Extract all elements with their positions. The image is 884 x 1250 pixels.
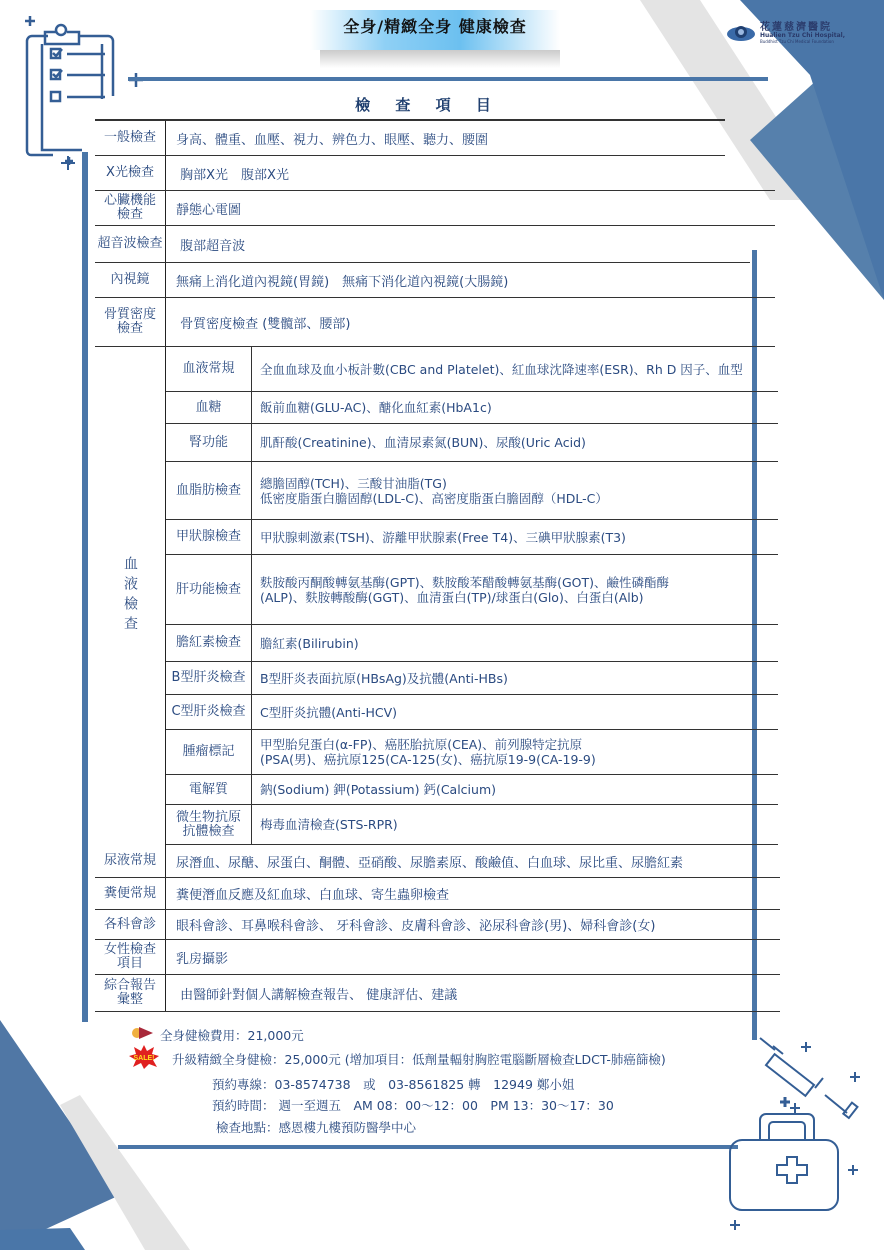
item-value: 骨質密度檢查 (雙髖部、腰部) [166,298,350,346]
sub-category-label: 甲狀腺檢查 [166,520,252,554]
hours-text: 預約時間： 週一至週五 AM 08：00～12：00 PM 13：30～17：3… [212,1096,614,1114]
sub-item-value: 膽紅素(Bilirubin) [252,625,359,661]
sub-category-label: 腫瘤標記 [166,730,252,774]
item-value: 無痛上消化道內視鏡(胃鏡) 無痛下消化道內視鏡(大腸鏡) [166,263,508,297]
blood-test-row: 電解質鈉(Sodium) 鉀(Potassium) 鈣(Calcium) [166,775,778,805]
medical-kit-icon [725,1095,865,1245]
lotus-logo-icon [726,22,756,44]
table-row: 骨質密度 檢查 骨質密度檢查 (雙髖部、腰部) [95,298,775,347]
category-label: X光檢查 [95,156,166,190]
sub-item-value: 肌酐酸(Creatinine)、血清尿素氮(BUN)、尿酸(Uric Acid) [252,424,586,461]
sale-badge-icon: SALE! [129,1045,159,1069]
category-label: 超音波檢查 [95,226,166,262]
item-value: 靜態心電圖 [166,191,241,225]
blood-test-row: 血糖飯前血糖(GLU-AC)、醣化血紅素(HbA1c) [166,392,778,424]
phone-text: 預約專線：03-8574738 或 03-8561825 轉 12949 鄭小姐 [212,1075,574,1093]
blood-test-category: 血液檢查 [95,347,166,845]
table-row: 內視鏡無痛上消化道內視鏡(胃鏡) 無痛下消化道內視鏡(大腸鏡) [95,263,775,298]
blood-test-row: 腎功能肌酐酸(Creatinine)、血清尿素氮(BUN)、尿酸(Uric Ac… [166,424,778,462]
arrow-bullet-icon [131,1026,155,1040]
item-value: 胸部X光 腹部X光 [166,156,289,190]
frame-top-line [128,77,768,81]
fee-text: 全身健檢費用：21,000元 [160,1026,304,1044]
table-row: 一般檢查身高、體重、血壓、視力、辨色力、眼壓、聽力、腰圍 [95,121,725,156]
blood-test-row: C型肝炎檢查C型肝炎抗體(Anti-HCV) [166,695,778,730]
table-row: 綜合報告 彙整 由醫師針對個人講解檢查報告、 健康評估、建議 [95,975,780,1012]
sub-item-value: B型肝炎表面抗原(HBsAg)及抗體(Anti-HBs) [252,662,508,694]
sub-item-value: 鈉(Sodium) 鉀(Potassium) 鈣(Calcium) [252,775,496,804]
sub-category-label: B型肝炎檢查 [166,662,252,694]
svg-text:SALE!: SALE! [134,1055,155,1062]
table-row: 超音波檢查 腹部超音波 [95,226,750,263]
table-heading: 檢 查 項 目 [128,94,728,115]
blood-test-row: 腫瘤標記甲型胎兒蛋白(α-FP)、癌胚胎抗原(CEA)、前列腺特定抗原 (PSA… [166,730,778,775]
blood-test-row: 肝功能檢查麩胺酸丙酮酸轉氨基酶(GPT)、麩胺酸苯醋酸轉氨基酶(GOT)、鹼性磷… [166,555,778,625]
sub-category-label: 膽紅素檢查 [166,625,252,661]
blood-test-row: 甲狀腺檢查甲狀腺刺激素(TSH)、游離甲狀腺素(Free T4)、三碘甲狀腺素(… [166,520,778,555]
item-value: 糞便潛血反應及紅血球、白血球、寄生蟲卵檢查 [166,878,449,909]
table-row: X光檢查 胸部X光 腹部X光 [95,156,775,191]
category-label: 女性檢查 項目 [95,940,166,974]
table-row: 心臟機能 檢查靜態心電圖 [95,191,775,226]
sub-category-label: C型肝炎檢查 [166,695,252,729]
sub-category-label: 電解質 [166,775,252,804]
title-shadow [320,50,560,68]
sub-item-value: 麩胺酸丙酮酸轉氨基酶(GPT)、麩胺酸苯醋酸轉氨基酶(GOT)、鹼性磷酯酶 (A… [252,555,669,624]
frame-bottom-line [118,1145,738,1149]
category-label: 綜合報告 彙整 [95,975,166,1011]
sub-item-value: 梅毒血清檢查(STS-RPR) [252,805,398,844]
sub-category-label: 血糖 [166,392,252,423]
category-label: 尿液常規 [95,845,166,877]
location-text: 檢查地點：感恩樓九樓預防醫學中心 [216,1118,416,1136]
frame-left-line [82,152,88,1022]
category-label: 心臟機能 檢查 [95,191,166,225]
sub-item-value: C型肝炎抗體(Anti-HCV) [252,695,397,729]
category-label: 骨質密度 檢查 [95,298,166,346]
blood-test-row: B型肝炎檢查B型肝炎表面抗原(HBsAg)及抗體(Anti-HBs) [166,662,778,695]
sub-item-value: 飯前血糖(GLU-AC)、醣化血紅素(HbA1c) [252,392,492,423]
category-label: 一般檢查 [95,121,166,155]
item-value: 由醫師針對個人講解檢查報告、 健康評估、建議 [166,975,457,1011]
hospital-logo: 花蓮慈濟醫院 Hualien Tzu Chi Hospital, Buddhis… [726,22,845,44]
blood-test-row: 血脂肪檢查總膽固醇(TCH)、三酸甘油脂(TG) 低密度脂蛋白膽固醇(LDL-C… [166,462,778,520]
sub-category-label: 血液常規 [166,347,252,391]
page-title: 全身/精緻全身 健康檢查 [310,14,560,37]
sub-item-value: 甲狀腺刺激素(TSH)、游離甲狀腺素(Free T4)、三碘甲狀腺素(T3) [252,520,626,554]
sub-category-label: 血脂肪檢查 [166,462,252,519]
category-label: 各科會診 [95,910,166,939]
blood-test-row: 微生物抗原 抗體檢查梅毒血清檢查(STS-RPR) [166,805,778,845]
sub-item-value: 全血血球及血小板計數(CBC and Platelet)、紅血球沈降速率(ESR… [252,347,743,391]
sub-category-label: 肝功能檢查 [166,555,252,624]
upgrade-text: 升級精緻全身健檢：25,000元 (增加項目：低劑量輻射胸腔電腦斷層檢查LDCT… [172,1050,666,1068]
table-row: 各科會診眼科會診、耳鼻喉科會診、 牙科會診、皮膚科會診、泌尿科會診(男)、婦科會… [95,910,780,940]
sub-category-label: 微生物抗原 抗體檢查 [166,805,252,844]
sub-item-value: 總膽固醇(TCH)、三酸甘油脂(TG) 低密度脂蛋白膽固醇(LDL-C)、高密度… [252,462,608,519]
table-row: 尿液常規尿潛血、尿醣、尿蛋白、酮體、亞硝酸、尿膽素原、酸鹼值、白血球、尿比重、尿… [95,845,780,878]
blood-test-row: 血液常規全血血球及血小板計數(CBC and Platelet)、紅血球沈降速率… [166,347,778,392]
blood-test-row: 膽紅素檢查膽紅素(Bilirubin) [166,625,778,662]
category-label: 內視鏡 [95,263,166,297]
item-value: 眼科會診、耳鼻喉科會診、 牙科會診、皮膚科會診、泌尿科會診(男)、婦科會診(女) [166,910,655,939]
table-row: 糞便常規糞便潛血反應及紅血球、白血球、寄生蟲卵檢查 [95,878,780,910]
item-value: 尿潛血、尿醣、尿蛋白、酮體、亞硝酸、尿膽素原、酸鹼值、白血球、尿比重、尿膽紅素 [166,845,683,877]
logo-subtitle: Buddhist Tzu Chi Medical Foundation [760,40,845,44]
table-row: 女性檢查 項目乳房攝影 [95,940,780,975]
sub-category-label: 腎功能 [166,424,252,461]
category-label: 糞便常規 [95,878,166,909]
sub-item-value: 甲型胎兒蛋白(α-FP)、癌胚胎抗原(CEA)、前列腺特定抗原 (PSA(男)、… [252,730,596,774]
plus-icon [60,155,76,171]
item-value: 乳房攝影 [166,940,228,974]
item-value: 腹部超音波 [166,226,245,262]
item-value: 身高、體重、血壓、視力、辨色力、眼壓、聽力、腰圍 [166,121,488,155]
